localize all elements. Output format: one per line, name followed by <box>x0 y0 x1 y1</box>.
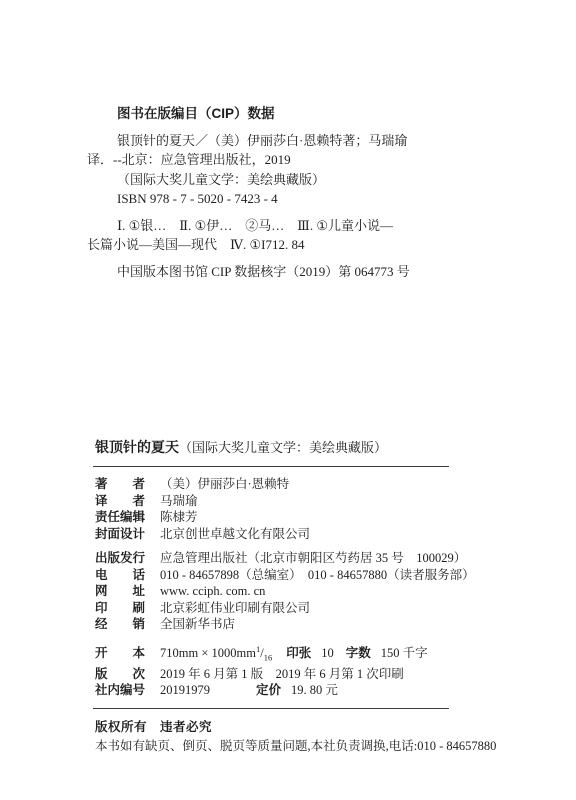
price-label: 定价 <box>256 683 281 697</box>
divider-top <box>93 466 449 467</box>
credit-value: 北京创世卓越文化有限公司 <box>160 527 310 541</box>
credit-label: 封面设计 <box>95 526 149 543</box>
credit-row-editor: 责任编辑陈棣芳 <box>95 509 449 526</box>
publishing-value: 010 - 84657898（总编室） 010 - 84657880（读者服务部… <box>160 568 475 582</box>
printed-sheets-value: 10 <box>321 646 334 660</box>
sheet-fraction-denominator: 16 <box>264 652 273 662</box>
cip-record-number: 中国版本图书馆 CIP 数据核字（2019）第 064773 号 <box>117 262 459 282</box>
publishing-row-phone: 电 话010 - 84657898（总编室） 010 - 84657880（读者… <box>95 567 449 584</box>
publishing-value: 全国新华书店 <box>160 617 235 631</box>
credit-row-cover-design: 封面设计北京创世卓越文化有限公司 <box>95 526 449 543</box>
copyright-notice: 版权所有 违者必究 <box>95 718 449 736</box>
publishing-label: 出版发行 <box>95 550 149 567</box>
sheet-size: 710mm × 1000mm <box>160 646 256 660</box>
publishing-row-distributor: 经 销全国新华书店 <box>95 616 449 633</box>
book-subtitle: （国际大奖儿童文学：美绘典藏版） <box>179 440 387 455</box>
publishing-label: 印 刷 <box>95 600 149 617</box>
cip-classification-line-1: Ⅰ. ①银… Ⅱ. ①伊… ②马… Ⅲ. ①儿童小说— <box>117 216 459 236</box>
cip-classification-line-2: 长篇小说—美国—现代 Ⅳ. ①I712. 84 <box>87 235 459 255</box>
serial-value: 20191979 <box>160 682 256 699</box>
edition-row: 版 次2019 年 6 月第 1 版 2019 年 6 月第 1 次印刷 <box>95 666 449 683</box>
serial-label: 社内编号 <box>95 682 149 699</box>
publishing-row-publisher: 出版发行应急管理出版社（北京市朝阳区芍药居 35 号 100029） <box>95 550 449 567</box>
credit-value: 马瑞瑜 <box>160 494 198 508</box>
publishing-value: 应急管理出版社（北京市朝阳区芍药居 35 号 100029） <box>160 551 466 565</box>
copyright-block: 版权所有 违者必究 本书如有缺页、倒页、脱页等质量问题,本社负责调换,电话:01… <box>93 718 449 756</box>
credit-row-author: 著 者（美）伊丽莎白·恩赖特 <box>95 476 449 493</box>
publishing-row-website: 网 址www. cciph. com. cn <box>95 583 449 600</box>
format-label: 开 本 <box>95 645 149 662</box>
price-value: 19. 80 元 <box>291 683 338 697</box>
edition-label: 版 次 <box>95 666 149 683</box>
edition-value: 2019 年 6 月第 1 版 2019 年 6 月第 1 次印刷 <box>160 667 404 681</box>
credits-rows: 著 者（美）伊丽莎白·恩赖特 译 者马瑞瑜 责任编辑陈棣芳 封面设计北京创世卓越… <box>93 476 449 699</box>
format-row: 开 本710mm × 1000mm1/16印张10字数150 千字 <box>95 641 449 666</box>
publishing-value: 北京彩虹伟业印刷有限公司 <box>160 601 310 615</box>
credit-label: 译 者 <box>95 493 149 510</box>
cip-block: 图书在版编目（CIP）数据 银顶针的夏天／（美）伊丽莎白·恩赖特著；马瑞瑜 译．… <box>87 104 459 281</box>
cip-entry-line-2: 译．--北京：应急管理出版社，2019 <box>87 150 459 170</box>
credit-label: 责任编辑 <box>95 509 149 526</box>
divider-bottom <box>93 708 449 709</box>
printed-sheets-label: 印张 <box>286 646 311 660</box>
cip-isbn: ISBN 978 - 7 - 5020 - 7423 - 4 <box>117 189 459 209</box>
publishing-label: 电 话 <box>95 567 149 584</box>
credit-value: 陈棣芳 <box>160 510 198 524</box>
quality-guarantee-line: 本书如有缺页、倒页、脱页等质量问题,本社负责调换,电话:010 - 846578… <box>95 736 449 756</box>
publishing-row-printer: 印 刷北京彩虹伟业印刷有限公司 <box>95 600 449 617</box>
word-count-value: 150 千字 <box>381 646 428 660</box>
credit-value: （美）伊丽莎白·恩赖特 <box>160 477 289 491</box>
copyright-page: 图书在版编目（CIP）数据 银顶针的夏天／（美）伊丽莎白·恩赖特著；马瑞瑜 译．… <box>0 0 576 800</box>
publishing-label: 经 销 <box>95 616 149 633</box>
cip-heading: 图书在版编目（CIP）数据 <box>117 104 459 124</box>
book-title: 银顶针的夏天 <box>95 439 179 455</box>
publishing-value: www. cciph. com. cn <box>160 584 265 598</box>
book-title-line: 银顶针的夏天（国际大奖儿童文学：美绘典藏版） <box>93 437 449 457</box>
credit-row-translator: 译 者马瑞瑜 <box>95 493 449 510</box>
cip-series-note: （国际大奖儿童文学：美绘典藏版） <box>117 170 459 190</box>
colophon-block: 银顶针的夏天（国际大奖儿童文学：美绘典藏版） 著 者（美）伊丽莎白·恩赖特 译 … <box>93 437 449 756</box>
credit-label: 著 者 <box>95 476 149 493</box>
publishing-label: 网 址 <box>95 583 149 600</box>
cip-entry-line-1: 银顶针的夏天／（美）伊丽莎白·恩赖特著；马瑞瑜 <box>117 131 459 151</box>
word-count-label: 字数 <box>346 646 371 660</box>
serial-number-row: 社内编号20191979定价19. 80 元 <box>95 682 449 699</box>
